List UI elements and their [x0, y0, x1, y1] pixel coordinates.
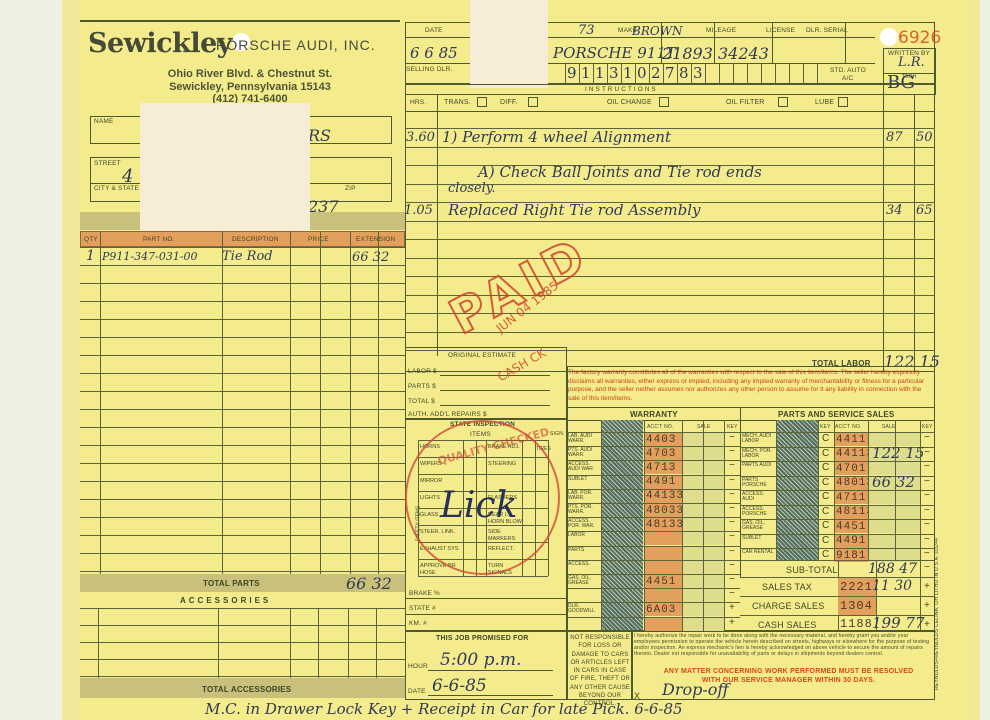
security-pattern [601, 420, 643, 630]
grid-line [80, 676, 405, 677]
warranty-row-label: ACCESS. POR. WAR. [568, 519, 601, 529]
grid-line [378, 231, 379, 574]
divider [914, 95, 915, 372]
grid-line [803, 64, 804, 84]
checkbox[interactable] [477, 97, 487, 107]
grid-line [80, 625, 405, 626]
authorization-text: I hereby authorize the repair work to be… [634, 633, 934, 657]
sales-code: C [822, 535, 829, 546]
vin-digit: 3 [693, 64, 703, 82]
hour-value: 5:00 p.m. [440, 650, 521, 670]
divider [405, 111, 935, 112]
warranty-key: − [729, 432, 735, 443]
dealer-address-line1: Ohio River Blvd. & Chestnut St. [130, 68, 370, 80]
estimate-total-field[interactable] [440, 405, 550, 406]
grid-line [593, 64, 594, 84]
total-parts-value: 66 32 [346, 574, 392, 593]
ac-label: A/C [842, 75, 853, 82]
checkbox-label: TRANS. [444, 99, 471, 106]
sales-code: C [822, 520, 829, 531]
sales-sale-field[interactable] [868, 520, 920, 533]
warranty-key: + [729, 617, 735, 628]
grid-line [724, 420, 725, 631]
charge-sales-label: CHARGE SALES [752, 601, 824, 611]
warranty-key: − [729, 460, 735, 471]
accessories-label: ACCESSORIES [180, 596, 271, 605]
total-accessories-label: TOTAL ACCESSORIES [202, 685, 291, 694]
grid-line [920, 420, 921, 560]
checkbox-label: LUBE [815, 99, 834, 106]
sales-sale-value: 66 32 [872, 473, 915, 491]
labor-dollars: 87 [886, 130, 903, 145]
grid-line [644, 420, 645, 631]
warranty-key: − [729, 588, 735, 599]
mileage-value: 21893 [662, 44, 713, 63]
sales-key: − [924, 490, 930, 501]
grid-line [682, 420, 683, 631]
grid-line [80, 571, 405, 572]
dealer-subtitle: PORSCHE AUDI, INC. [216, 37, 376, 53]
promise-date-value: 6-6-85 [432, 676, 487, 696]
warranty-row-label: GAS, OIL, GREASE [568, 576, 601, 586]
redaction-sticker [140, 103, 310, 236]
grid-line [218, 608, 219, 678]
divider [437, 94, 438, 356]
sales-row-label: ACCESS. PORSCHE [742, 507, 776, 517]
sales-acct: 48113 [834, 506, 868, 519]
sales-code: C [822, 448, 829, 459]
year-value: 73 [578, 23, 595, 38]
hrs-label: HRS. [410, 99, 426, 106]
sales-row-label: CAR RENTAL [742, 550, 776, 555]
col-extension: EXTENSION [356, 236, 395, 243]
part-description: Tie Rod [222, 249, 273, 264]
sales-row-label: PARTS AUDI [742, 463, 776, 468]
warranty-acct: 44133 [644, 490, 682, 503]
sales-code: C [822, 477, 829, 488]
warranty-acct [644, 547, 682, 560]
checkbox[interactable] [838, 97, 848, 107]
grid-line [290, 608, 291, 678]
grid-line [80, 642, 405, 643]
grid-line [348, 608, 349, 678]
grid-line [80, 659, 405, 660]
warranty-row-label: ACCESS. [568, 562, 601, 567]
bottom-note: M.C. in Drawer Lock Key + Receipt in Car… [205, 700, 683, 718]
grid-line [649, 64, 650, 84]
estimate-auth-label: AUTH. ADD'L REPAIRS $ [408, 411, 487, 418]
sales-col-key-right: KEY [922, 424, 933, 430]
sales-col-acct: ACC'T NO. [835, 424, 862, 430]
sales-row-label: MECH. POR. LABOR [742, 449, 776, 459]
warranty-col-key: KEY [727, 424, 738, 430]
grid-line [98, 608, 99, 678]
grid-line [834, 420, 835, 560]
grid-line [80, 427, 405, 428]
sales-key: − [924, 461, 930, 472]
warranty-key: − [729, 560, 735, 571]
grid-line [80, 481, 405, 482]
sales-key: − [924, 548, 930, 559]
hour-label: HOUR [408, 663, 428, 670]
labor-dollars: 34 [886, 203, 903, 218]
sales-code: C [822, 433, 829, 444]
dealer-logo: Sewickley [88, 28, 232, 59]
vin-digit: 1 [595, 64, 605, 82]
warranty-acct [644, 589, 682, 602]
sales-sale-value: 122 15 [872, 444, 925, 462]
labor-cents: 50 [916, 130, 933, 145]
warranty-key: − [729, 503, 735, 514]
divider [772, 22, 773, 64]
checkbox-label: OIL FILTER [726, 99, 765, 106]
grid-line [719, 64, 720, 84]
checkbox-label: OIL CHANGE [607, 99, 652, 106]
warranty-acct [644, 532, 682, 545]
warranty-row-label: PARTS [568, 548, 601, 553]
estimate-title: ORIGINAL ESTIMATE [448, 352, 516, 359]
warranty-acct: 6A03 [644, 603, 682, 616]
cash-sales-acct: 1188 [838, 616, 876, 632]
labor-cents: 65 [916, 203, 933, 218]
sales-row-label: PARTS PORSCHE [742, 478, 776, 488]
warranty-row-label: ACCESS. AUDI WAR. [568, 462, 601, 472]
estimate-labor-field[interactable] [440, 375, 550, 376]
cash-sales-value: 199 77 [872, 614, 925, 632]
warranty-key: − [729, 517, 735, 528]
km-label: KM. # [409, 620, 427, 627]
warranty-row-label: LAB. AUDI WARR. [568, 434, 601, 444]
grid-line [607, 64, 608, 84]
sales-code: C [822, 506, 829, 517]
warranty-acct: 4713 [644, 461, 682, 474]
city-label: CITY & STATE [94, 185, 139, 192]
grid-line [80, 337, 405, 338]
warranty-row-label: LAB. POR. WARR. [568, 491, 601, 501]
divider [845, 22, 846, 64]
warranty-col-acct: ACC'T NO. [647, 424, 674, 430]
labor-hours: 3.60 [406, 130, 435, 145]
grid-line [621, 64, 622, 84]
col-qty: QTY [84, 236, 98, 243]
totals-key: + [924, 581, 930, 592]
sales-key: − [924, 505, 930, 516]
sales-row-label: SUBLET [742, 536, 776, 541]
vin-digit: 0 [637, 64, 647, 82]
col-price: PRICE [308, 236, 329, 243]
grid-line [868, 420, 869, 560]
grid-line [318, 608, 319, 678]
sales-row-label: ACCESS. AUDI [742, 492, 776, 502]
part-number: P911-347-031-00 [102, 250, 198, 263]
ruled-line [405, 221, 935, 222]
grid-line [80, 553, 405, 554]
license-value: 34243 [718, 44, 769, 63]
estimate-parts-field[interactable] [440, 390, 550, 391]
grid-line [579, 64, 580, 84]
sales-sale-field[interactable] [868, 535, 920, 548]
date-label: DATE [425, 27, 443, 34]
part-qty: 1 [86, 248, 95, 264]
sales-code: C [822, 462, 829, 473]
grid-line [565, 64, 566, 84]
color-value: BROWN [632, 24, 683, 38]
vin-digit: 1 [623, 64, 633, 82]
grid-line [705, 64, 706, 84]
name-label: NAME [94, 118, 114, 125]
vin-digit: 3 [609, 64, 619, 82]
grid-line [818, 420, 819, 560]
sales-key: − [924, 447, 930, 458]
warranty-key: + [729, 602, 735, 613]
sales-key: − [924, 534, 930, 545]
grid-line [789, 64, 790, 84]
estimate-parts-label: PARTS $ [408, 383, 436, 390]
part-extension: 66 32 [352, 250, 389, 265]
warranty-acct: 4491 [644, 476, 682, 489]
sales-key: − [924, 476, 930, 487]
grid-line [80, 608, 405, 609]
model-value: PORSCHE 911T [553, 44, 676, 62]
std-auto-label: STD. AUTO [830, 67, 866, 74]
grid-line [677, 64, 678, 84]
grid-line [222, 231, 223, 574]
inspector-signature: Lick [440, 485, 517, 526]
invoice-number: 6926 [898, 28, 941, 48]
grid-line [100, 231, 101, 574]
labor-line: 1) Perform 4 wheel Alignment [442, 128, 671, 146]
divider [405, 598, 567, 599]
charge-sales-acct: 1304 [838, 597, 876, 615]
printer-credit: Reynolds+Reynolds Celina, OH LITHO IN U.… [934, 538, 940, 690]
sales-col-sale: SALE [882, 424, 896, 430]
warranty-notice: The factory warranty constitutes all of … [568, 369, 933, 403]
grid-line [817, 64, 818, 84]
customer-signature[interactable]: Drop-off [662, 680, 729, 699]
grid-line [80, 355, 405, 356]
grid-line [80, 373, 405, 374]
grid-line [601, 420, 602, 631]
divider [405, 614, 567, 615]
grid-line [703, 420, 704, 631]
sales-col-key: KEY [820, 424, 831, 430]
warranty-key: − [729, 475, 735, 486]
sales-key: − [924, 519, 930, 530]
grid-line [80, 535, 405, 536]
estimate-total-label: TOTAL $ [408, 398, 435, 405]
sign-label: SIGN. [550, 431, 565, 437]
warranty-acct: 4451 [644, 575, 682, 588]
vin-digit: 7 [665, 64, 675, 82]
subtotal-value: 188 47 [868, 561, 917, 577]
promise-date-label: DATE [408, 688, 426, 695]
sales-sale-field[interactable] [868, 506, 920, 519]
sales-tax-acct: 2221 [838, 578, 876, 596]
grid-line [350, 231, 351, 574]
sales-key: − [924, 432, 930, 443]
sales-tax-label: SALES TAX [762, 582, 812, 592]
street-label: STREET [94, 160, 121, 167]
divider [714, 22, 715, 64]
grid-line [80, 517, 405, 518]
date-value: 6 6 85 [410, 44, 458, 62]
grid-line [80, 265, 405, 266]
state-number-label: STATE # [409, 605, 436, 612]
promise-title: THIS JOB PROMISED FOR [436, 635, 529, 642]
col-description: DESCRIPTION [232, 236, 279, 243]
warranty-key: − [729, 574, 735, 585]
name-value: RS [308, 126, 331, 145]
vin-digit: 1 [581, 64, 591, 82]
selling-dealer-label: SELLING DLR. [406, 66, 452, 73]
warranty-acct: 4703 [644, 447, 682, 460]
grid-line [80, 445, 405, 446]
subtotal-label: SUB-TOTAL [786, 565, 837, 575]
estimate-labor-label: LABOR $ [408, 368, 437, 375]
zip-label: ZIP [345, 185, 356, 192]
sales-acct: 4701 [834, 462, 868, 475]
checkbox[interactable] [778, 97, 788, 107]
mileage-label: MILEAGE [706, 27, 736, 34]
sales-tax-value: 11 30 [872, 578, 912, 594]
sales-acct: 4711 [834, 491, 868, 504]
total-parts-label: TOTAL PARTS [203, 579, 260, 588]
brake-label: BRAKE % [409, 590, 440, 597]
warranty-row-label: PTS. POR. WARR. [568, 505, 601, 515]
divider [883, 95, 884, 372]
license-label: LICENSE [766, 27, 795, 34]
col-part-no: PART NO. [143, 236, 175, 243]
grid-line [80, 301, 405, 302]
sales-row-label: GAS, OIL, GREASE [742, 521, 776, 531]
warranty-row-label: SUBLET [568, 477, 601, 482]
sales-code: C [822, 491, 829, 502]
grid-line [80, 283, 405, 284]
cash-sales-label: CASH SALES [758, 620, 817, 630]
sales-code: C [822, 549, 829, 560]
grid-line [80, 247, 405, 248]
warranty-row-label: PTS. AUDI WARR. [568, 448, 601, 458]
vin-digit: 9 [567, 64, 577, 82]
warranty-key: − [729, 546, 735, 557]
warranty-key: − [729, 446, 735, 457]
written-by-value: L.R. [898, 55, 925, 70]
warranty-key: − [729, 489, 735, 500]
warranty-acct: 48133 [644, 518, 682, 531]
grid-line [376, 608, 377, 678]
checkbox-label: DIFF. [500, 99, 518, 106]
redaction-sticker [470, 0, 548, 88]
grid-line [775, 64, 776, 84]
checkbox[interactable] [659, 97, 669, 107]
vin-digit: 8 [679, 64, 689, 82]
hour-field[interactable] [428, 670, 553, 671]
labor-line: Replaced Right Tie rod Assembly [448, 201, 701, 219]
grid-line [290, 231, 291, 574]
grid-line [320, 231, 321, 574]
grid-line [635, 64, 636, 84]
sales-title: PARTS AND SERVICE SALES [778, 410, 894, 419]
warranty-acct [644, 561, 682, 574]
sales-acct: 48013 [834, 477, 868, 490]
sales-row-label: MECH. AUDI LABOR [742, 434, 776, 444]
warranty-acct: 4403 [644, 433, 682, 446]
grid-line [80, 499, 405, 500]
ruled-line [405, 147, 935, 148]
sales-acct: 4411 [834, 433, 868, 446]
warranty-title: WARRANTY [630, 410, 678, 419]
ruled-line [405, 239, 935, 240]
warranty-acct: 48033 [644, 504, 682, 517]
labor-hours: 1.05 [404, 203, 433, 218]
grid-line [80, 409, 405, 410]
warranty-row-label: DLR. GOODWILL [568, 604, 601, 614]
totals-key: + [924, 600, 930, 611]
ruled-line [405, 258, 935, 259]
grid-line [895, 420, 896, 560]
grid-line [80, 319, 405, 320]
grid-line [761, 64, 762, 84]
divider [405, 94, 883, 95]
grid-line [80, 391, 405, 392]
sales-acct: 4491 [834, 535, 868, 548]
grid-line [691, 64, 692, 84]
sales-sale-field[interactable] [868, 491, 920, 504]
grid-line [80, 463, 405, 464]
warranty-row-label: LABOR [568, 533, 601, 538]
not-responsible-text: NOT RESPONSIBLE FOR LOSS OR DAMAGE TO CA… [569, 634, 631, 709]
sales-acct: 4451 [834, 520, 868, 533]
checkbox[interactable] [528, 97, 538, 107]
divider [80, 20, 400, 22]
grid-line [747, 64, 748, 84]
warranty-acct [644, 618, 682, 631]
labor-line: closely. [448, 181, 496, 196]
grid-line [663, 64, 664, 84]
labor-line: A) Check Ball Joints and Tie rod ends [478, 163, 762, 181]
grid-line [733, 64, 734, 84]
vin-digit: 2 [651, 64, 661, 82]
totals-key: − [924, 562, 930, 573]
warranty-key: − [729, 531, 735, 542]
grid-line [776, 420, 777, 560]
sales-acct: 44113 [834, 448, 868, 461]
dealer-address-line2: Sewickley, Pennsylvania 15143 [130, 81, 370, 93]
dealer-serial-label: DLR. SERIAL [806, 27, 848, 34]
